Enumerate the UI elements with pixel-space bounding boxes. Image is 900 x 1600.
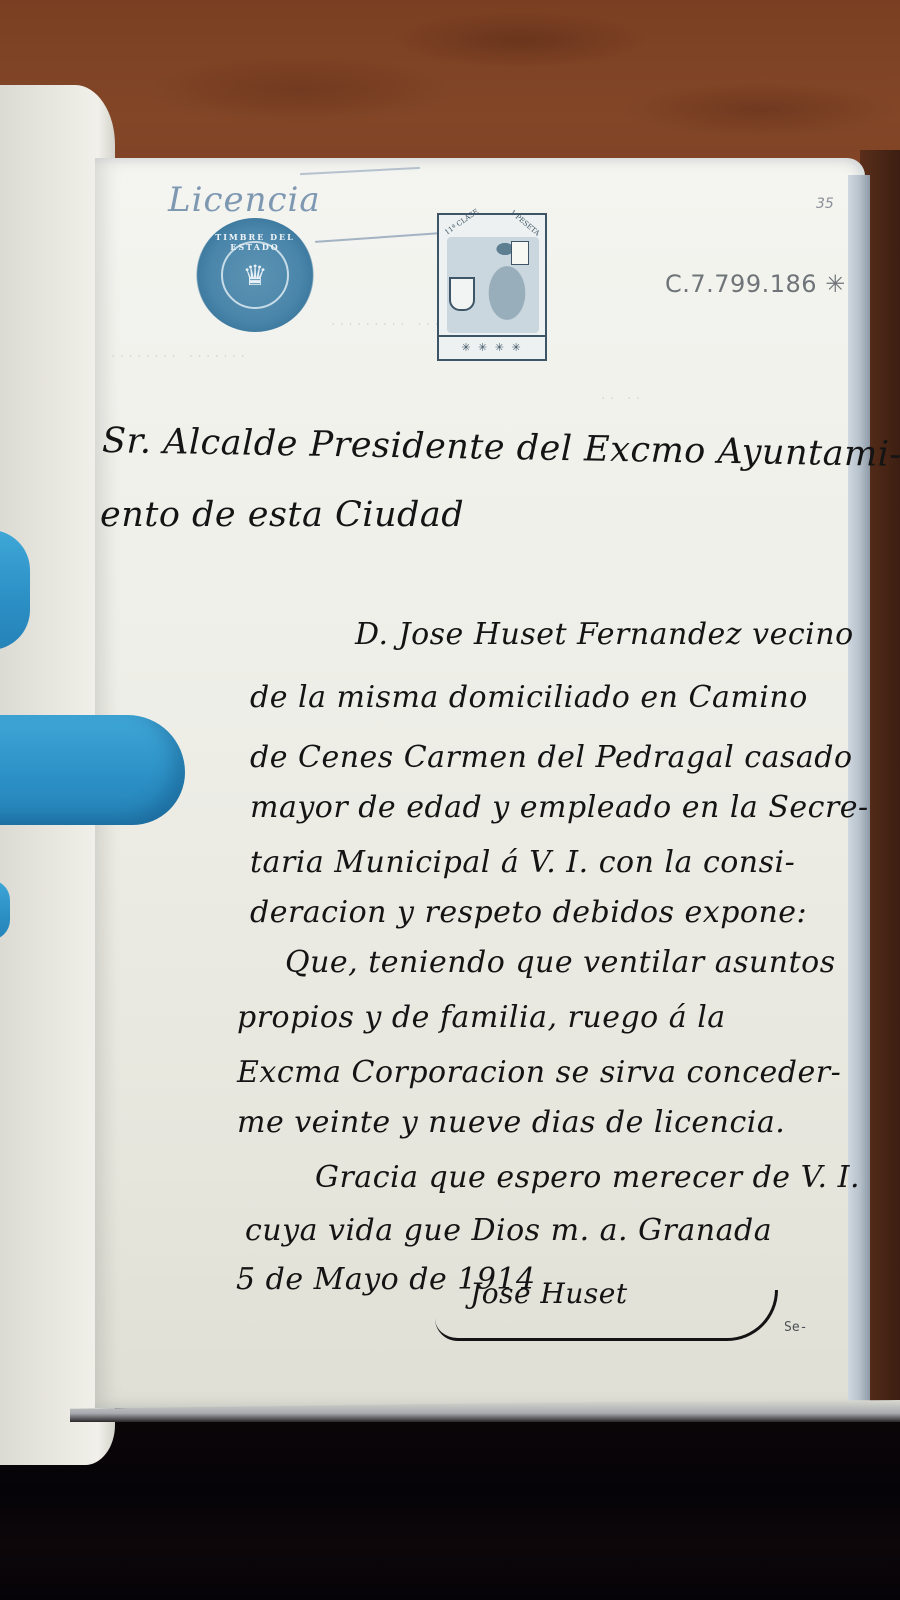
signature-flourish — [435, 1290, 778, 1341]
serial-number: C.7.799.186 ✳ — [665, 270, 846, 298]
scroll-icon — [511, 241, 529, 265]
dark-foreground — [0, 1420, 900, 1600]
fiscal-stamp: 11ª CLASE 1 PESETA ✳ ✳ ✳ ✳ — [437, 213, 547, 361]
gloved-index-finger — [0, 715, 185, 825]
body-line: Gracia que espero merecer de V. I. — [315, 1160, 860, 1195]
catchword: Se- — [784, 1320, 807, 1335]
body-line: Que, teniendo que ventilar asuntos — [285, 945, 836, 980]
seal-text: TIMBRE DEL ESTADO — [196, 232, 314, 252]
folio-number: 35 — [816, 196, 834, 212]
bleedthrough-text: ·· ·· — [600, 392, 643, 405]
shield-icon — [449, 277, 475, 311]
addressee-line: ento de esta Ciudad — [100, 495, 464, 535]
pencil-annotation: Licencia — [168, 180, 321, 220]
body-line: cuya vida gue Dios m. a. Granada — [245, 1213, 772, 1248]
body-line: me veinte y nueve dias de licencia. — [237, 1105, 785, 1140]
body-line: D. Jose Huset Fernandez vecino — [355, 617, 854, 652]
state-seal-stamp: TIMBRE DEL ESTADO ♛ — [196, 218, 314, 332]
stamp-value-label: 1 PESETA — [509, 208, 542, 237]
body-line: de Cenes Carmen del Pedragal casado — [250, 740, 853, 775]
body-line: deracion y respeto debidos expone: — [250, 895, 807, 930]
body-line: taria Municipal á V. I. con la consi- — [250, 845, 795, 880]
body-line: Excma Corporacion se sirva conceder- — [237, 1055, 841, 1090]
bleedthrough-text: ········ ······· — [110, 350, 248, 363]
stamp-ornament-band: ✳ ✳ ✳ ✳ — [439, 335, 545, 359]
body-line: de la misma domiciliado en Camino — [250, 680, 808, 715]
body-line: mayor de edad y empleado en la Secre- — [250, 790, 869, 825]
body-line: propios y de familia, ruego á la — [237, 1000, 726, 1035]
